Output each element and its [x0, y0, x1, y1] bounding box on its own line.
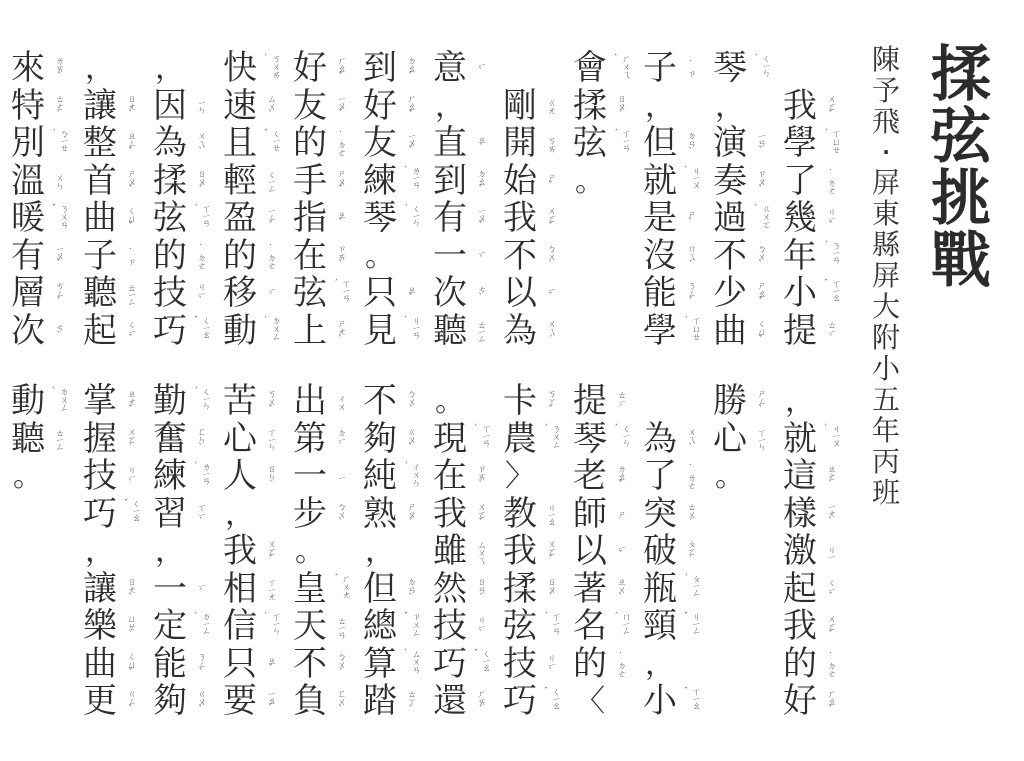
hanzi-char: 負	[290, 683, 330, 720]
bopomofo-annotation: ˙ㄉㄜ	[330, 129, 350, 159]
text-cell: 好ㄏㄠˋ	[780, 683, 846, 721]
school-char: 年	[872, 415, 900, 446]
hanzi-char: 。	[290, 533, 330, 570]
hanzi-char: 習	[150, 496, 190, 533]
text-column: 提ㄊㄧˊ琴ㄑㄧㄣˊ老ㄌㄠˇ師ㄕ以ㄧˇ著ㄓㄨˋ名ㄇㄧㄥˊ的˙ㄉㄜ〈	[570, 383, 636, 721]
bopomofo-annotation: ㄑㄩˇ	[750, 316, 770, 346]
text-cell: 學ㄒㄩㄝˊ	[640, 313, 706, 351]
text-cell: 就ㄐㄧㄡˋ	[640, 163, 706, 201]
text-cell: 不ㄅㄨˊ	[290, 646, 356, 684]
text-cell: 琴ㄑㄧㄣˊ	[710, 50, 776, 88]
text-cell: 學ㄒㄩㄝˊ	[780, 125, 846, 163]
text-cell: 次ㄘˋ	[430, 275, 496, 313]
hanzi-char: 能	[150, 646, 190, 683]
hanzi-char: 農	[500, 421, 540, 458]
bopomofo-annotation: ㄑㄧㄝˇ	[260, 129, 280, 159]
text-cell: 名ㄇㄧㄥˊ	[570, 608, 636, 646]
text-cell: 著ㄓㄨˋ	[570, 571, 636, 609]
hanzi-char: 到	[360, 50, 400, 87]
bopomofo-annotation	[680, 387, 700, 417]
bopomofo-annotation: ㄧˊ	[260, 279, 280, 309]
hanzi-char: 就	[780, 421, 820, 458]
hanzi-char: 信	[220, 608, 260, 645]
text-cell: 見ㄐㄧㄢˋ	[360, 313, 426, 351]
text-cell	[500, 50, 566, 88]
hanzi-char: 幾	[780, 200, 820, 237]
school-char: 屏	[872, 167, 900, 198]
bopomofo-annotation: ㄨㄛˇ	[820, 612, 840, 642]
bopomofo-annotation	[680, 91, 700, 121]
bopomofo-annotation: ㄊㄨˊ	[680, 499, 700, 529]
hanzi-char: 人	[220, 458, 260, 495]
hanzi-char: 提	[780, 313, 820, 350]
text-cell: 農ㄋㄨㄥˊ	[500, 421, 566, 459]
hanzi-char: 輕	[220, 163, 260, 200]
bopomofo-annotation: ㄓˊ	[470, 129, 490, 159]
bopomofo-annotation	[120, 537, 140, 567]
text-cell: 且ㄑㄧㄝˇ	[220, 125, 286, 163]
text-cell: 只ㄓˇ	[360, 275, 426, 313]
hanzi-char: 突	[640, 496, 680, 533]
text-cell: 一ㄧ	[290, 458, 356, 496]
hanzi-char: 技	[430, 608, 470, 645]
hanzi-char: 指	[290, 200, 330, 237]
hanzi-char: 手	[290, 163, 330, 200]
bopomofo-annotation: ㄕㄡˊ	[400, 499, 420, 529]
hanzi-char: 過	[710, 200, 750, 237]
school-char: 丙	[872, 446, 900, 477]
bopomofo-annotation: ㄔㄨ	[330, 387, 350, 417]
bopomofo-annotation	[750, 462, 770, 492]
bopomofo-annotation	[680, 649, 700, 679]
bopomofo-annotation: ㄊㄜˋ	[48, 91, 68, 121]
title-char: 戰	[931, 230, 991, 292]
bopomofo-annotation: ㄕㄤˋ	[330, 316, 350, 346]
bopomofo-annotation: ㄨㄛˇ	[820, 91, 840, 121]
hanzi-char: 盈	[220, 200, 260, 237]
text-cell: 定ㄉㄧㄥˋ	[150, 608, 216, 646]
text-cell: 琴ㄑㄧㄣˊ	[570, 421, 636, 459]
hanzi-char: 心	[220, 421, 260, 458]
text-cell: 揉ㄖㄡˊ	[500, 571, 566, 609]
bopomofo-annotation: ㄖㄤˋ	[120, 574, 140, 604]
text-cell: 提ㄊㄧˊ	[570, 383, 636, 421]
hanzi-char: 子	[80, 238, 120, 275]
hanzi-char: 。	[360, 238, 400, 275]
school-char: 班	[872, 477, 900, 508]
text-cell: 會ㄏㄨㄟˋ	[570, 50, 636, 88]
bopomofo-annotation: ㄏㄠˇ	[330, 54, 350, 84]
bopomofo-annotation: ㄅㄨˋ	[330, 499, 350, 529]
hanzi-char: 好	[780, 683, 820, 720]
bopomofo-annotation: ㄑㄧㄠˇ	[120, 499, 140, 529]
bopomofo-annotation	[470, 387, 490, 417]
hanzi-char: 了	[780, 163, 820, 200]
bopomofo-annotation	[540, 54, 560, 84]
text-cell: 首ㄕㄡˇ	[80, 163, 146, 201]
bopomofo-annotation	[400, 241, 420, 271]
text-cell: 。	[570, 163, 636, 201]
text-cell: ，	[220, 496, 286, 534]
hanzi-char: 沒	[640, 238, 680, 275]
bopomofo-annotation: ㄨㄛˇ	[540, 537, 560, 567]
hanzi-char: 起	[80, 313, 120, 350]
text-cell: 聽ㄊㄧㄥ	[80, 275, 146, 313]
hanzi-char: 不	[360, 383, 400, 420]
bopomofo-annotation: ㄨㄛˇ	[260, 537, 280, 567]
bopomofo-annotation: ㄑㄧㄣˊ	[190, 387, 210, 417]
hanzi-char: ，	[640, 88, 680, 125]
hanzi-char: ，	[780, 383, 820, 420]
bopomofo-annotation	[610, 166, 630, 196]
hanzi-char: 技	[80, 458, 120, 495]
bopomofo-annotation: ㄖㄡˊ	[190, 166, 210, 196]
hanzi-char: 小	[780, 275, 820, 312]
bopomofo-annotation: ㄅㄨˋ	[750, 241, 770, 271]
hanzi-char: 琴	[570, 421, 610, 458]
bopomofo-annotation: ㄕ	[610, 499, 630, 529]
text-column: 動ㄉㄨㄥˋ聽ㄊㄧㄥ。	[8, 383, 74, 496]
bopomofo-annotation: ㄒㄩㄝˊ	[680, 316, 700, 346]
text-cell: 我ㄨㄛˇ	[500, 200, 566, 238]
hanzi-char: ，	[80, 533, 120, 570]
hanzi-char: 開	[500, 125, 540, 162]
bopomofo-annotation: ㄒㄧㄢˋ	[470, 424, 490, 454]
bopomofo-annotation: ㄨㄛˇ	[470, 499, 490, 529]
bopomofo-annotation: ㄐㄧˋ	[540, 649, 560, 679]
hanzi-char: 曲	[80, 200, 120, 237]
text-cell: 負ㄈㄨˋ	[290, 683, 356, 721]
school-char: 小	[872, 353, 900, 384]
bopomofo-annotation: ㄧˇ	[610, 537, 630, 567]
hanzi-char: 相	[220, 571, 260, 608]
hanzi-char: 子	[640, 50, 680, 87]
hanzi-char: 動	[220, 313, 260, 350]
text-cell: 。	[290, 533, 356, 571]
text-cell: 友ㄧㄡˇ	[360, 125, 426, 163]
hanzi-char: 算	[360, 646, 400, 683]
text-cell: 有ㄧㄡˇ	[8, 238, 74, 276]
hanzi-char: 天	[290, 608, 330, 645]
hanzi-char: 整	[80, 125, 120, 162]
hanzi-char: 我	[220, 533, 260, 570]
bopomofo-annotation: ˙ㄉㄜ	[610, 649, 630, 679]
text-column: 琴ㄑㄧㄣˊ，演ㄧㄢˇ奏ㄗㄡˋ過ㄍㄨㄛˋ不ㄅㄨˋ少ㄕㄠˇ曲ㄑㄩˇ	[710, 50, 776, 350]
hanzi-char: 在	[290, 238, 330, 275]
text-cell: 到ㄉㄠˋ	[430, 163, 496, 201]
bopomofo-annotation: ㄓㄤˇ	[120, 387, 140, 417]
bopomofo-annotation	[190, 537, 210, 567]
bopomofo-annotation	[120, 54, 140, 84]
hanzi-char: 速	[220, 88, 260, 125]
bopomofo-annotation: ㄒㄧˊ	[190, 499, 210, 529]
text-cell: 弦ㄒㄧㄢˊ	[290, 275, 356, 313]
hanzi-char: 夠	[360, 421, 400, 458]
text-cell: 教ㄐㄧㄠ	[500, 496, 566, 534]
school-char: 東	[872, 198, 900, 229]
bopomofo-annotation: ㄙㄨㄟ	[470, 537, 490, 567]
text-cell: 技ㄐㄧˋ	[150, 275, 216, 313]
hanzi-char: ，	[640, 646, 680, 683]
hanzi-char: 見	[360, 313, 400, 350]
bopomofo-annotation: ㄑㄩˇ	[120, 204, 140, 234]
text-cell: 溫ㄨㄣ	[8, 163, 74, 201]
bopomofo-annotation	[190, 54, 210, 84]
bopomofo-annotation: ㄕㄠˇ	[750, 279, 770, 309]
bopomofo-annotation: ㄇㄧㄥˊ	[610, 612, 630, 642]
bopomofo-annotation: ㄖㄡˊ	[610, 91, 630, 121]
hanzi-char: 揉	[500, 571, 540, 608]
text-cell: 因ㄧㄣ	[150, 88, 216, 126]
text-cell: ，	[150, 533, 216, 571]
hanzi-char: 練	[360, 163, 400, 200]
bopomofo-annotation: ㄧㄡˇ	[470, 204, 490, 234]
hanzi-char: 提	[570, 383, 610, 420]
text-cell	[640, 383, 706, 421]
bopomofo-annotation: ㄎㄞ	[540, 129, 560, 159]
bopomofo-annotation: ㄌㄧㄢˋ	[190, 462, 210, 492]
bopomofo-annotation: ˙ㄌㄜ	[680, 462, 700, 492]
text-cell: 能ㄋㄥˊ	[640, 275, 706, 313]
text-cell: 人ㄖㄣˊ	[220, 458, 286, 496]
bopomofo-annotation: ㄒㄧㄤ	[260, 574, 280, 604]
text-cell: 好ㄏㄠˇ	[290, 50, 356, 88]
text-cell: 苦ㄎㄨˇ	[220, 383, 286, 421]
bopomofo-annotation: ㄊㄚˋ	[400, 687, 420, 717]
text-cell: 心ㄒㄧㄣ	[220, 421, 286, 459]
text-cell: 層ㄘㄥˊ	[8, 275, 74, 313]
bopomofo-annotation: ㄉㄧˋ	[330, 424, 350, 454]
bopomofo-annotation: ㄌㄠˇ	[610, 462, 630, 492]
hanzi-char: 握	[80, 421, 120, 458]
school-char: 附	[872, 322, 900, 353]
bopomofo-annotation: ㄍㄥˋ	[120, 687, 140, 717]
bopomofo-annotation: ㄙㄨˋ	[260, 91, 280, 121]
text-cell: 師ㄕ	[570, 496, 636, 534]
bopomofo-annotation: ˙ㄌㄜ	[820, 166, 840, 196]
bopomofo-annotation: ㄐㄧㄢˋ	[400, 316, 420, 346]
bopomofo-annotation: ㄐㄧㄡˋ	[680, 166, 700, 196]
bopomofo-annotation: ㄨㄛˋ	[120, 424, 140, 454]
text-cell: 剛ㄍㄤ	[500, 88, 566, 126]
bopomofo-annotation: ㄨㄛˇ	[540, 204, 560, 234]
hanzi-char: 為	[500, 313, 540, 350]
hanzi-char: 皇	[290, 571, 330, 608]
text-cell: 但ㄉㄢˋ	[360, 571, 426, 609]
text-cell: 卡ㄎㄚˇ	[500, 383, 566, 421]
text-cell: 了˙ㄌㄜ	[640, 458, 706, 496]
hanzi-char: 苦	[220, 383, 260, 420]
bopomofo-annotation: ˙ㄗ	[680, 54, 700, 84]
hanzi-char: 樂	[80, 608, 120, 645]
text-cell: 更ㄍㄥˋ	[80, 683, 146, 721]
text-cell: 子˙ㄗ	[640, 50, 706, 88]
hanzi-char: 定	[150, 608, 190, 645]
bopomofo-annotation: ㄑㄩˇ	[120, 649, 140, 679]
bopomofo-annotation: ˙ㄉㄜ	[190, 241, 210, 271]
text-cell: 皇ㄏㄨㄤˊ	[290, 571, 356, 609]
text-column: 不ㄅㄨˊ夠ㄍㄡˋ純ㄔㄨㄣˊ熟ㄕㄡˊ，但ㄉㄢˋ總ㄗㄨㄥˇ算ㄙㄨㄢˋ踏ㄊㄚˋ	[360, 383, 426, 721]
bopomofo-annotation: ㄧㄡˇ	[48, 241, 68, 271]
bopomofo-annotation: ㄏㄠˇ	[400, 91, 420, 121]
text-column: 來ㄌㄞˊ特ㄊㄜˋ別ㄅㄧㄝˊ溫ㄨㄣ暖ㄋㄨㄢˇ有ㄧㄡˇ層ㄘㄥˊ次ㄘˋ	[8, 50, 74, 350]
hanzi-char: ，	[150, 533, 190, 570]
bopomofo-annotation: ㄉㄢˋ	[400, 574, 420, 604]
hanzi-char: 的	[150, 238, 190, 275]
bopomofo-annotation: ㄍㄡˋ	[400, 424, 420, 454]
hanzi-char: 教	[500, 496, 540, 533]
bopomofo-annotation: ㄖㄡˊ	[540, 574, 560, 604]
text-cell: 出ㄔㄨ	[290, 383, 356, 421]
hanzi-char: 這	[780, 458, 820, 495]
bopomofo-annotation: ㄕㄡˇ	[120, 166, 140, 196]
text-cell: 直ㄓˊ	[430, 125, 496, 163]
text-column: 快ㄎㄨㄞˋ速ㄙㄨˋ且ㄑㄧㄝˇ輕ㄑㄧㄥ盈ㄧㄥˊ的˙ㄉㄜ移ㄧˊ動ㄉㄨㄥˋ	[220, 50, 286, 350]
text-cell: 在ㄗㄞˋ	[290, 238, 356, 276]
text-cell: 雖ㄙㄨㄟ	[430, 533, 496, 571]
bopomofo-annotation: ㄧㄢˇ	[750, 129, 770, 159]
hanzi-char: 不	[500, 238, 540, 275]
hanzi-char: 一	[150, 571, 190, 608]
hanzi-char: 來	[8, 50, 48, 87]
bopomofo-annotation: ㄓㄨˋ	[610, 574, 630, 604]
text-cell: 但ㄉㄢˋ	[640, 125, 706, 163]
text-cell: 不ㄅㄨˋ	[500, 238, 566, 276]
text-cell: 習ㄒㄧˊ	[150, 496, 216, 534]
bopomofo-annotation: ㄓˇ	[260, 649, 280, 679]
hanzi-char: 好	[360, 88, 400, 125]
hanzi-char: 樣	[780, 496, 820, 533]
bopomofo-annotation: ㄒㄧㄢˊ	[190, 204, 210, 234]
hanzi-char: 曲	[80, 646, 120, 683]
bopomofo-annotation: ㄒㄧㄣˋ	[260, 612, 280, 642]
hanzi-char: 揉	[570, 88, 610, 125]
hanzi-char: 一	[430, 238, 470, 275]
byline-separator: ·	[882, 137, 890, 167]
text-cell: 以ㄧˇ	[570, 533, 636, 571]
hanzi-char: 特	[8, 88, 48, 125]
hanzi-char: 弦	[290, 275, 330, 312]
hanzi-char: 不	[710, 238, 750, 275]
bopomofo-annotation: ㄑㄧㄥ	[260, 166, 280, 196]
hanzi-char: 第	[290, 421, 330, 458]
bopomofo-annotation: ㄒㄧㄢˊ	[330, 279, 350, 309]
text-cell: 上ㄕㄤˋ	[290, 313, 356, 351]
bopomofo-annotation: ㄖㄢˊ	[470, 574, 490, 604]
bopomofo-annotation: ㄑㄧˇ	[120, 316, 140, 346]
hanzi-char: 以	[570, 533, 610, 570]
bopomofo-annotation: ㄑㄧㄣˊ	[400, 204, 420, 234]
bopomofo-annotation: ㄐㄧˇ	[820, 204, 840, 234]
bopomofo-annotation: ㄏㄨㄟˋ	[610, 54, 630, 84]
author-char: 予	[872, 75, 900, 106]
text-cell: 第ㄉㄧˋ	[290, 421, 356, 459]
hanzi-char: 動	[8, 383, 48, 420]
bopomofo-annotation: ㄕˇ	[540, 166, 560, 196]
hanzi-char: ，	[150, 50, 190, 87]
hanzi-char: 弦	[570, 125, 610, 162]
bopomofo-annotation: ㄅㄨˊ	[330, 649, 350, 679]
hanzi-char: 首	[80, 163, 120, 200]
bopomofo-annotation: ˙ㄉㄜ	[820, 649, 840, 679]
text-cell: 是ㄕˋ	[640, 200, 706, 238]
text-cell: 。	[710, 458, 776, 496]
bopomofo-annotation	[330, 537, 350, 567]
bopomofo-annotation: ㄧㄣ	[190, 91, 210, 121]
bopomofo-annotation: ㄋㄨㄥˊ	[540, 424, 560, 454]
text-cell: 。	[8, 458, 74, 496]
text-cell: 一ㄧˊ	[430, 238, 496, 276]
hanzi-char: 只	[360, 275, 400, 312]
hanzi-char: 的	[220, 238, 260, 275]
article-title: 揉 弦 挑 戰	[928, 44, 994, 292]
bopomofo-annotation: ㄉㄨㄥˋ	[48, 387, 68, 417]
text-column: 子˙ㄗ，但ㄉㄢˋ就ㄐㄧㄡˋ是ㄕˋ沒ㄇㄟˊ能ㄋㄥˊ學ㄒㄩㄝˊ	[640, 50, 706, 350]
hanzi-char: 的	[290, 125, 330, 162]
bopomofo-annotation: ㄒㄧㄣ	[750, 424, 770, 454]
hanzi-char: 有	[430, 200, 470, 237]
bopomofo-annotation: ㄅㄨˋ	[540, 241, 560, 271]
hanzi-char: 但	[640, 125, 680, 162]
bopomofo-annotation: ㄩㄝˋ	[120, 612, 140, 642]
hanzi-char: 現	[430, 421, 470, 458]
hanzi-char: 友	[290, 88, 330, 125]
text-cell: 頸ㄐㄧㄥˇ	[640, 608, 706, 646]
bopomofo-annotation	[400, 537, 420, 567]
text-cell: 整ㄓㄥˇ	[80, 125, 146, 163]
bopomofo-annotation: ㄕㄡˇ	[330, 166, 350, 196]
text-cell: 巧ㄑㄧㄠˇ	[80, 496, 146, 534]
text-cell: 子˙ㄗ	[80, 238, 146, 276]
text-column: 意ㄧˋ，直ㄓˊ到ㄉㄠˋ有ㄧㄡˇ一ㄧˊ次ㄘˋ聽ㄊㄧㄥ	[430, 50, 496, 350]
hanzi-char: 巧	[430, 646, 470, 683]
bopomofo-annotation: ㄎㄨㄞˋ	[260, 54, 280, 84]
hanzi-char: 以	[500, 275, 540, 312]
text-cell: 我ㄨㄛˇ	[780, 88, 846, 126]
bopomofo-annotation: ㄒㄧㄣ	[260, 424, 280, 454]
text-cell: 開ㄎㄞ	[500, 125, 566, 163]
hanzi-char: 更	[80, 683, 120, 720]
hanzi-char: 是	[640, 200, 680, 237]
text-cell: 。	[430, 383, 496, 421]
hanzi-char: 心	[710, 421, 750, 458]
bopomofo-annotation: ㄈㄣˋ	[190, 424, 210, 454]
text-cell: 信ㄒㄧㄣˋ	[220, 608, 286, 646]
bopomofo-annotation: ㄈㄨˋ	[330, 687, 350, 717]
hanzi-char: 別	[8, 125, 48, 162]
hanzi-char: 總	[360, 608, 400, 645]
text-cell: 步ㄅㄨˋ	[290, 496, 356, 534]
bopomofo-annotation: ㄋㄨㄢˇ	[48, 204, 68, 234]
author-char: 陳	[872, 44, 900, 75]
bopomofo-annotation: ㄎㄨˇ	[260, 387, 280, 417]
text-cell: 的˙ㄉㄜ	[290, 125, 356, 163]
text-column: 會ㄏㄨㄟˋ揉ㄖㄡˊ弦ㄒㄧㄢˊ。	[570, 50, 636, 200]
hanzi-char: 巧	[500, 683, 540, 720]
text-column: 我ㄨㄛˇ學ㄒㄩㄝˊ了˙ㄌㄜ幾ㄐㄧˇ年ㄋㄧㄢˊ小ㄒㄧㄠˇ提ㄊㄧˊ	[780, 50, 846, 350]
bopomofo-annotation: ㄌㄞˊ	[48, 54, 68, 84]
text-column: ，讓ㄖㄤˋ整ㄓㄥˇ首ㄕㄡˇ曲ㄑㄩˇ子˙ㄗ聽ㄊㄧㄥ起ㄑㄧˇ	[80, 50, 146, 350]
text-cell: 特ㄊㄜˋ	[8, 88, 74, 126]
bopomofo-annotation: ㄐㄧˋ	[470, 612, 490, 642]
hanzi-char: 卡	[500, 383, 540, 420]
hanzi-char: 年	[780, 238, 820, 275]
text-cell: 為ㄨㄟˋ	[150, 125, 216, 163]
hanzi-char: 聽	[430, 313, 470, 350]
hanzi-char: 次	[430, 275, 470, 312]
text-column: 出ㄔㄨ第ㄉㄧˋ一ㄧ步ㄅㄨˋ。皇ㄏㄨㄤˊ天ㄊㄧㄢ不ㄅㄨˊ負ㄈㄨˋ	[290, 383, 356, 721]
text-cell: 提ㄊㄧˊ	[780, 313, 846, 351]
